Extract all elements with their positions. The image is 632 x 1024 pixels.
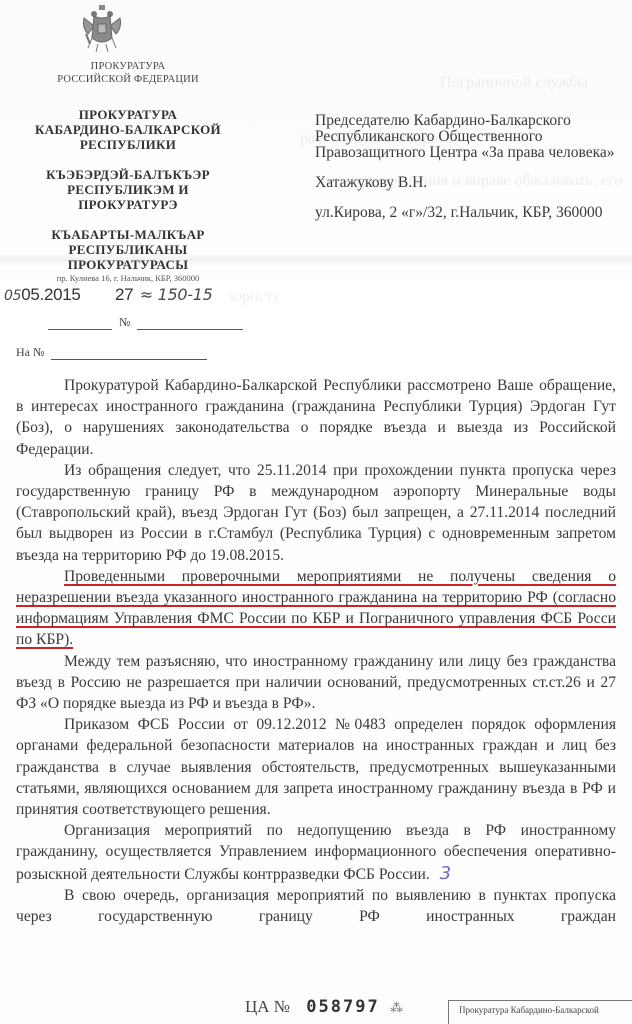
number-sign: № [119,315,130,329]
office-name-krc-line1: КЪАБАРТЫ-МАЛКЪАР [0,227,256,242]
serial-label: ЦА № [245,997,290,1016]
addressee-name: Хатажукову В.Н. [315,175,625,191]
reply-to-line: На № [16,345,207,360]
registration-stamp: Прокуратура Кабардино-Балкарской [448,1000,632,1024]
office-name-kbd-line1: КЪЭБЭРДЭЙ-БАЛЪКЪЭР [0,167,256,182]
bleed-through-text: юристу [230,288,280,306]
body-paragraph: Между тем разъясняю, что иностранному гр… [16,651,616,715]
document-page: Пограничной службы рассмотрения вопроса … [0,0,632,1024]
office-name-ru-line1: ПРОКУРАТУРА [0,107,256,122]
handwritten-day: 05 [4,288,21,304]
outgoing-number-line: № [48,315,243,330]
blank-number-field [137,317,243,330]
handwritten-number: ≈ 150-15 [140,285,213,304]
registration-date-number: 0505.2015 27 ≈ 150-15 [4,285,213,305]
addressee-recipient: Председателю Кабардино-Балкарского Респу… [315,113,625,161]
blank-date-field [48,317,112,330]
office-name-kbd-line2: РЕСПУБЛИКЭМ И [0,182,256,197]
serial-ornament-icon: ⁂ [390,1000,403,1015]
body-paragraph-text: Организация мероприятий по недопущению в… [16,822,616,882]
form-serial-number: ЦА № 058797 ⁂ [245,997,403,1017]
printed-date: 05.2015 [21,285,80,304]
office-name-ru-line3: РЕСПУБЛИКИ [0,137,256,152]
office-name-krc-line2: РЕСПУБЛИКАНЫ [0,242,256,257]
office-name-krc-line3: ПРОКУРАТУРАСЫ [0,257,256,272]
letter-body: Прокуратурой Кабардино-Балкарской Респуб… [16,375,616,927]
bleed-through-text: Пограничной службы [440,74,588,92]
body-paragraph: Приказом ФСБ России от 09.12.2012 №0483 … [16,714,616,820]
reply-to-label: На № [16,345,44,359]
reply-to-field [51,347,207,360]
body-paragraph: В свою очередь, организация мероприятий … [16,885,616,927]
addressee-address: ул.Кирова, 2 «г»/32, г.Нальчик, КБР, 360… [315,205,625,220]
office-address: пр. Кулиева 16, г. Нальчик, КБР, 360000 [0,273,256,283]
body-paragraph-highlighted: Проведенными проверочными мероприятиями … [16,566,616,651]
office-name-ru-line2: КАБАРДИНО-БАЛКАРСКОЙ [0,122,256,137]
printed-number: 27 [115,285,133,304]
serial-number: 058797 [306,997,379,1017]
body-paragraph: Из обращения следует, что 25.11.2014 при… [16,460,616,566]
addressee-block: Председателю Кабардино-Балкарского Респу… [315,113,625,220]
handwritten-page-mark: 3 [440,863,451,884]
red-underlined-text: Проведенными проверочными мероприятиями … [16,568,616,649]
stamp-text: Прокуратура Кабардино-Балкарской [459,1005,599,1015]
agency-name-line1: ПРОКУРАТУРА [0,60,256,73]
double-headed-eagle-emblem-icon [80,4,124,54]
body-paragraph: Организация мероприятий по недопущению в… [16,820,616,885]
agency-name-line2: РОССИЙСКОЙ ФЕДЕРАЦИИ [0,73,256,86]
body-paragraph: Прокуратурой Кабардино-Балкарской Респуб… [16,375,616,460]
office-name-kbd-line3: ПРОКУРАТУРЭ [0,197,256,212]
